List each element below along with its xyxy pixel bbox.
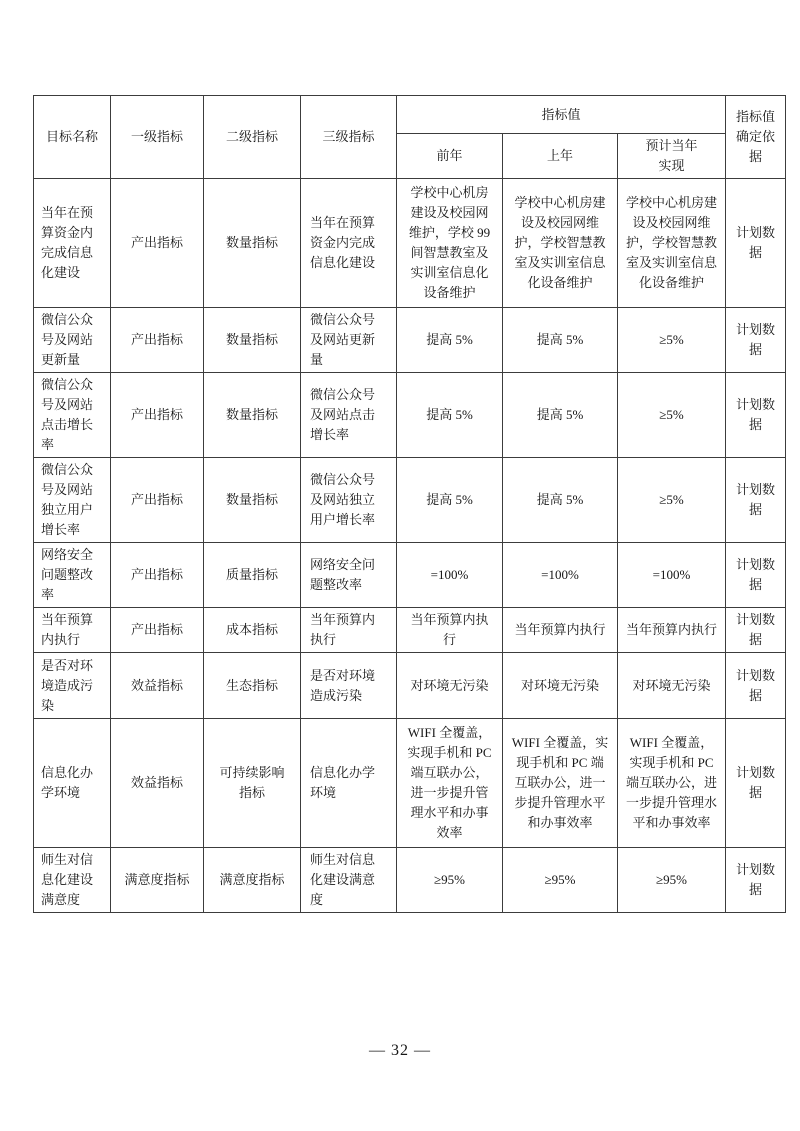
header-level3: 三级指标: [301, 96, 397, 179]
cell-target: 微信公众号及网站独立用户增长率: [34, 458, 111, 543]
cell-level3: 师生对信息化建设满意度: [301, 848, 397, 913]
header-year-before-last: 前年: [397, 134, 503, 179]
header-expected-current: 预计当年实现: [618, 134, 726, 179]
cell-level3: 当年在预算资金内完成信息化建设: [301, 179, 397, 308]
cell-target: 当年预算内执行: [34, 608, 111, 653]
cell-level2: 满意度指标: [204, 848, 301, 913]
table-row: 当年预算内执行 产出指标 成本指标 当年预算内执行 当年预算内执行 当年预算内执…: [34, 608, 786, 653]
cell-basis: 计划数据: [726, 543, 786, 608]
cell-basis: 计划数据: [726, 653, 786, 719]
table-row: 师生对信息化建设满意度 满意度指标 满意度指标 师生对信息化建设满意度 ≥95%…: [34, 848, 786, 913]
cell-target: 微信公众号及网站点击增长率: [34, 373, 111, 458]
cell-basis: 计划数据: [726, 458, 786, 543]
cell-value-expected: 学校中心机房建设及校园网维护，学校智慧教室及实训室信息化设备维护: [618, 179, 726, 308]
cell-level2: 可持续影响指标: [204, 719, 301, 848]
cell-basis: 计划数据: [726, 308, 786, 373]
cell-value-last-year: 提高 5%: [503, 308, 618, 373]
cell-level3: 是否对环境造成污染: [301, 653, 397, 719]
cell-value-year-before-last: 提高 5%: [397, 458, 503, 543]
cell-target: 微信公众号及网站更新量: [34, 308, 111, 373]
cell-level2: 数量指标: [204, 308, 301, 373]
cell-value-last-year: 提高 5%: [503, 373, 618, 458]
cell-value-year-before-last: 当年预算内执行: [397, 608, 503, 653]
cell-value-year-before-last: 提高 5%: [397, 373, 503, 458]
cell-basis: 计划数据: [726, 608, 786, 653]
table-row: 微信公众号及网站更新量 产出指标 数量指标 微信公众号及网站更新量 提高 5% …: [34, 308, 786, 373]
cell-level2: 数量指标: [204, 373, 301, 458]
cell-value-expected: WIFI 全覆盖，实现手机和 PC 端互联办公，进一步提升管理水平和办事效率: [618, 719, 726, 848]
cell-target: 是否对环境造成污染: [34, 653, 111, 719]
cell-level2: 数量指标: [204, 458, 301, 543]
table-row: 是否对环境造成污染 效益指标 生态指标 是否对环境造成污染 对环境无污染 对环境…: [34, 653, 786, 719]
cell-value-last-year: 当年预算内执行: [503, 608, 618, 653]
table-row: 网络安全问题整改率 产出指标 质量指标 网络安全问题整改率 =100% =100…: [34, 543, 786, 608]
cell-value-last-year: 对环境无污染: [503, 653, 618, 719]
cell-level3: 当年预算内执行: [301, 608, 397, 653]
cell-level2: 数量指标: [204, 179, 301, 308]
table-header-row-1: 目标名称 一级指标 二级指标 三级指标 指标值 指标值确定依据: [34, 96, 786, 134]
cell-value-year-before-last: 对环境无污染: [397, 653, 503, 719]
page-number: — 32 —: [0, 1042, 800, 1060]
header-value-group: 指标值: [397, 96, 726, 134]
cell-level3: 信息化办学环境: [301, 719, 397, 848]
cell-value-last-year: ≥95%: [503, 848, 618, 913]
cell-level1: 效益指标: [111, 719, 204, 848]
cell-target: 当年在预算资金内完成信息化建设: [34, 179, 111, 308]
header-last-year: 上年: [503, 134, 618, 179]
cell-level1: 产出指标: [111, 179, 204, 308]
cell-level2: 生态指标: [204, 653, 301, 719]
header-target: 目标名称: [34, 96, 111, 179]
indicator-table: 目标名称 一级指标 二级指标 三级指标 指标值 指标值确定依据 前年 上年 预计…: [33, 95, 786, 913]
cell-value-last-year: 学校中心机房建设及校园网维护，学校智慧教室及实训室信息化设备维护: [503, 179, 618, 308]
cell-value-last-year: WIFI 全覆盖，实现手机和 PC 端互联办公，进一步提升管理水平和办事效率: [503, 719, 618, 848]
cell-level1: 产出指标: [111, 373, 204, 458]
cell-value-year-before-last: =100%: [397, 543, 503, 608]
cell-basis: 计划数据: [726, 179, 786, 308]
cell-basis: 计划数据: [726, 373, 786, 458]
cell-level1: 产出指标: [111, 543, 204, 608]
cell-value-expected: ≥5%: [618, 308, 726, 373]
header-level2: 二级指标: [204, 96, 301, 179]
table-row: 微信公众号及网站点击增长率 产出指标 数量指标 微信公众号及网站点击增长率 提高…: [34, 373, 786, 458]
cell-value-expected: ≥5%: [618, 458, 726, 543]
cell-level3: 网络安全问题整改率: [301, 543, 397, 608]
cell-value-year-before-last: ≥95%: [397, 848, 503, 913]
table-row: 微信公众号及网站独立用户增长率 产出指标 数量指标 微信公众号及网站独立用户增长…: [34, 458, 786, 543]
cell-value-last-year: 提高 5%: [503, 458, 618, 543]
cell-level2: 成本指标: [204, 608, 301, 653]
cell-value-year-before-last: WIFI 全覆盖，实现手机和 PC 端互联办公，进一步提升管理水平和办事效率: [397, 719, 503, 848]
table-row: 当年在预算资金内完成信息化建设 产出指标 数量指标 当年在预算资金内完成信息化建…: [34, 179, 786, 308]
document-page: 目标名称 一级指标 二级指标 三级指标 指标值 指标值确定依据 前年 上年 预计…: [0, 0, 800, 1131]
cell-basis: 计划数据: [726, 719, 786, 848]
cell-value-expected: ≥95%: [618, 848, 726, 913]
header-level1: 一级指标: [111, 96, 204, 179]
cell-value-last-year: =100%: [503, 543, 618, 608]
table-row: 信息化办学环境 效益指标 可持续影响指标 信息化办学环境 WIFI 全覆盖，实现…: [34, 719, 786, 848]
cell-value-year-before-last: 学校中心机房建设及校园网维护，学校 99 间智慧教室及实训室信息化设备维护: [397, 179, 503, 308]
cell-basis: 计划数据: [726, 848, 786, 913]
cell-level3: 微信公众号及网站点击增长率: [301, 373, 397, 458]
cell-level1: 产出指标: [111, 458, 204, 543]
header-basis: 指标值确定依据: [726, 96, 786, 179]
cell-level1: 满意度指标: [111, 848, 204, 913]
cell-level2: 质量指标: [204, 543, 301, 608]
cell-value-year-before-last: 提高 5%: [397, 308, 503, 373]
cell-target: 网络安全问题整改率: [34, 543, 111, 608]
cell-value-expected: 对环境无污染: [618, 653, 726, 719]
cell-value-expected: ≥5%: [618, 373, 726, 458]
cell-value-expected: =100%: [618, 543, 726, 608]
cell-level1: 产出指标: [111, 608, 204, 653]
cell-level3: 微信公众号及网站更新量: [301, 308, 397, 373]
cell-level3: 微信公众号及网站独立用户增长率: [301, 458, 397, 543]
cell-level1: 产出指标: [111, 308, 204, 373]
cell-level1: 效益指标: [111, 653, 204, 719]
cell-target: 信息化办学环境: [34, 719, 111, 848]
cell-value-expected: 当年预算内执行: [618, 608, 726, 653]
cell-target: 师生对信息化建设满意度: [34, 848, 111, 913]
